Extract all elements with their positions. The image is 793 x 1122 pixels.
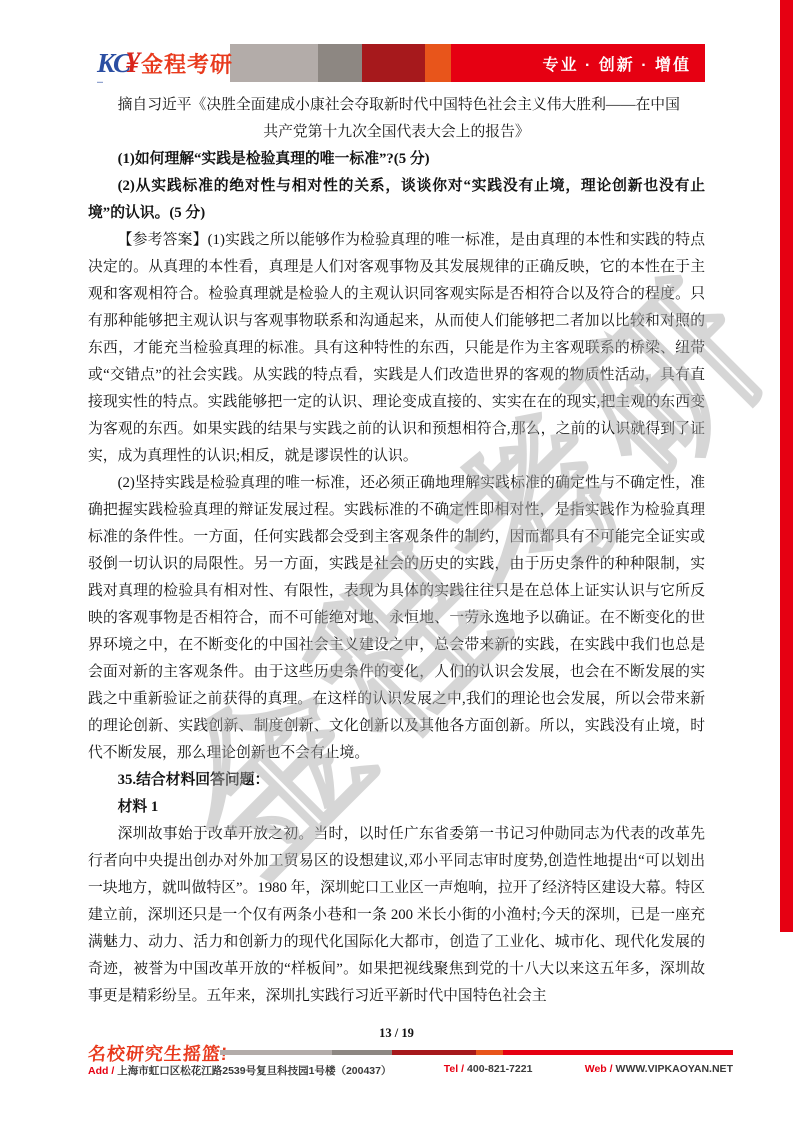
- web-label: Web /: [585, 1063, 613, 1075]
- address-label: Add /: [88, 1065, 114, 1077]
- question-2: (2)从实践标准的绝对性与相对性的关系，谈谈你对“实践没有止境，理论创新也没有止…: [88, 173, 705, 227]
- web-value: WWW.VIPKAOYAN.NET: [616, 1063, 733, 1075]
- material-1-heading: 材料 1: [88, 794, 705, 821]
- banner-segment-red: 专业 · 创新 · 增值: [451, 44, 705, 82]
- banner-segment-orange: [425, 44, 451, 82]
- banner-segment-midgray: [318, 44, 362, 82]
- footer-color-bar: [220, 1050, 733, 1055]
- footer-segment-lightgray: [220, 1050, 332, 1055]
- footer-segment-darkred: [392, 1050, 476, 1055]
- kcy-logo-icon: KC¥...: [97, 48, 138, 78]
- yen-stroke-icon: ¥: [125, 46, 138, 79]
- document-page: KC¥... 金程考研 专业 · 创新 · 增值 摘自习近平《决胜全面建成小康社…: [0, 0, 793, 1122]
- footer-segment-midgray: [332, 1050, 392, 1055]
- right-edge-red-bar: [780, 0, 793, 932]
- tel-item: Tel /400-821-7221: [444, 1063, 533, 1078]
- header-color-banner: 专业 · 创新 · 增值: [230, 44, 705, 82]
- brand-slogan: 专业 · 创新 · 增值: [543, 52, 691, 75]
- page-number: 13 / 19: [88, 1026, 705, 1041]
- web-item: Web /WWW.VIPKAOYAN.NET: [585, 1063, 733, 1078]
- address-value: 上海市虹口区松花江路2539号复旦科技园1号楼（200437）: [117, 1065, 391, 1077]
- header: KC¥... 金程考研 专业 · 创新 · 增值: [97, 44, 705, 82]
- footer-contact-row: Add /上海市虹口区松花江路2539号复旦科技园1号楼（200437） Tel…: [88, 1063, 733, 1078]
- document-body: 摘自习近平《决胜全面建成小康社会夺取新时代中国特色社会主义伟大胜利——在中国 共…: [88, 92, 705, 1010]
- tel-value: 400-821-7221: [467, 1063, 532, 1075]
- citation-line-1: 摘自习近平《决胜全面建成小康社会夺取新时代中国特色社会主义伟大胜利——在中国: [88, 92, 705, 119]
- question-1: (1)如何理解“实践是检验真理的唯一标准”?(5 分): [88, 146, 705, 173]
- reference-answer-part-2: (2)坚持实践是检验真理的唯一标准，还必须正确地理解实践标准的确定性与不确定性，…: [88, 470, 705, 767]
- brand-logo: KC¥... 金程考研: [97, 44, 230, 82]
- footer-segment-orange: [476, 1050, 503, 1055]
- brand-name: 金程考研: [141, 48, 233, 79]
- question-35-heading: 35.结合材料回答问题：: [88, 767, 705, 794]
- logo-dots: ...: [97, 77, 103, 85]
- citation-line-2: 共产党第十九次全国代表大会上的报告》: [88, 119, 705, 146]
- footer-segment-red: [503, 1050, 733, 1055]
- material-1-paragraph: 深圳故事始于改革开放之初。当时，以时任广东省委第一书记习仲勋同志为代表的改革先行…: [88, 821, 705, 1010]
- banner-segment-lightgray: [230, 44, 318, 82]
- tel-label: Tel /: [444, 1063, 464, 1075]
- reference-answer-part-1: 【参考答案】(1)实践之所以能够作为检验真理的唯一标准，是由真理的本性和实践的特…: [88, 227, 705, 470]
- address-item: Add /上海市虹口区松花江路2539号复旦科技园1号楼（200437）: [88, 1063, 392, 1078]
- banner-segment-darkred: [362, 44, 425, 82]
